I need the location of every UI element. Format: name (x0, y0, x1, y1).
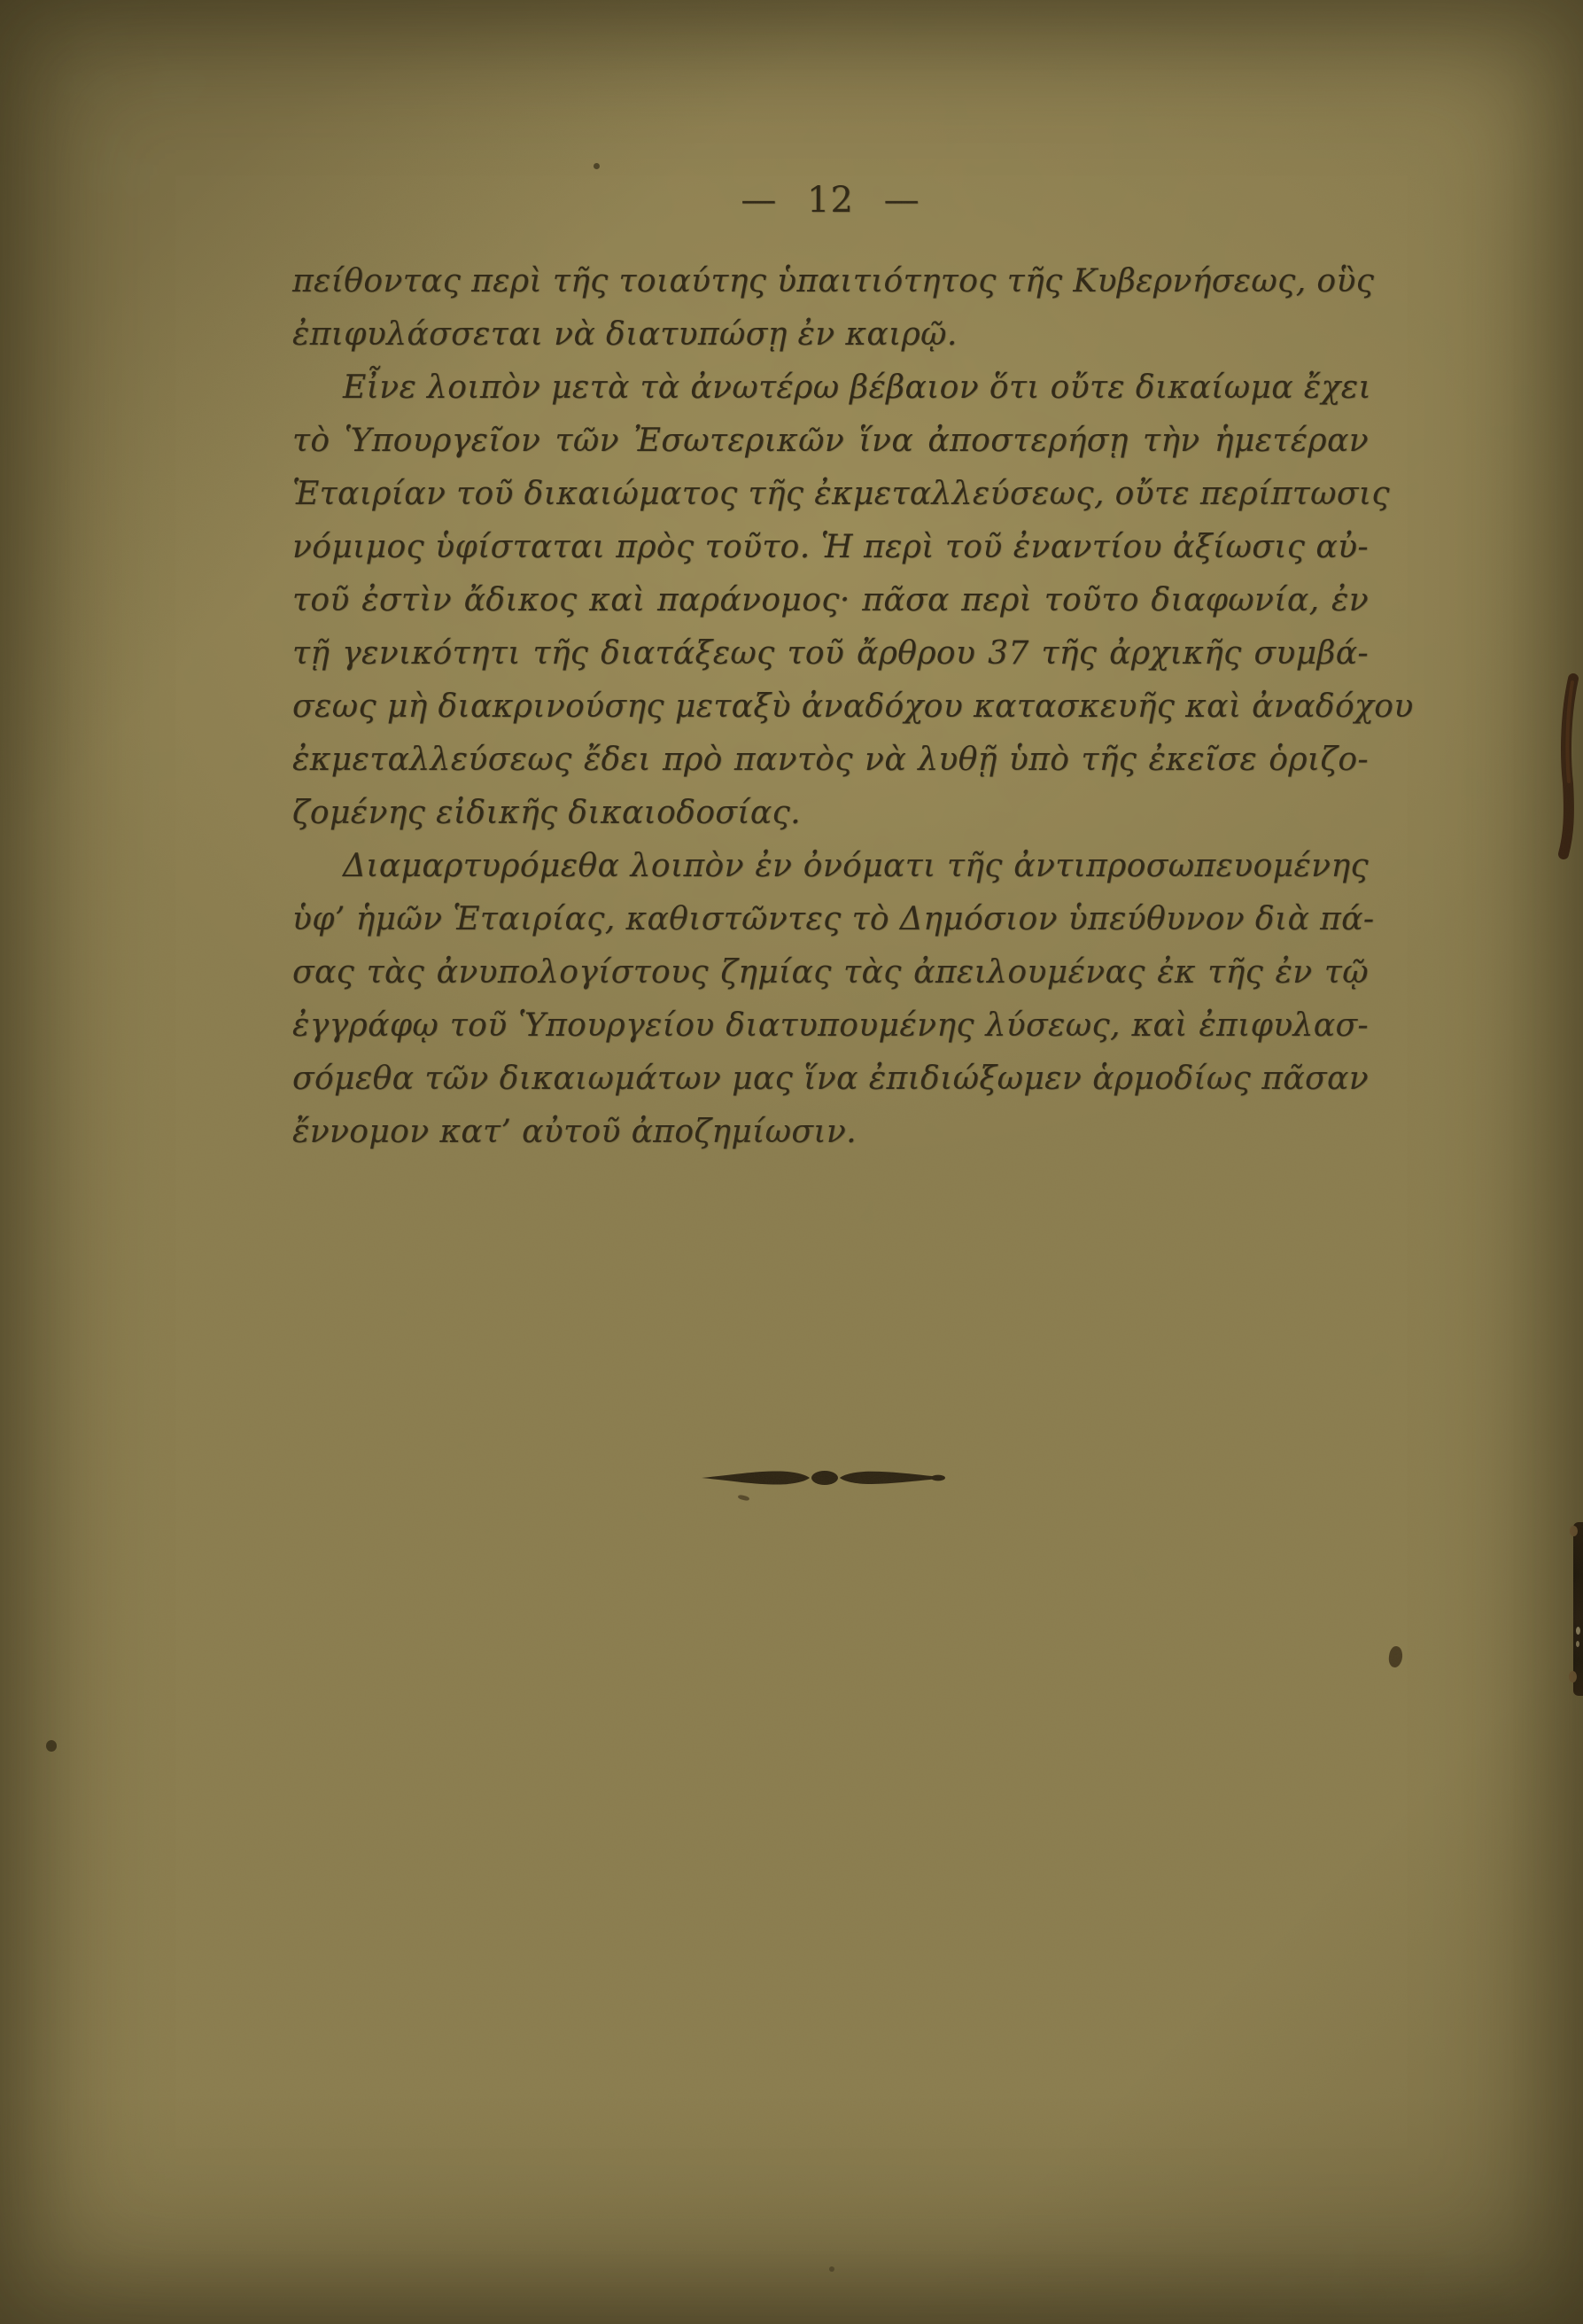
page-number: — 12 — (292, 174, 1369, 227)
text-line: σόμεθα τῶν δικαιωμάτων μας ἵνα ἐπιδιώξωμ… (292, 1053, 1369, 1106)
text-line: ἔννομον κατ’ αὐτοῦ ἀποζημίωσιν. (292, 1106, 1369, 1159)
text-line: σεως μὴ διακρινούσης μεταξὺ ἀναδόχου κατ… (292, 680, 1369, 734)
text-line: τὸ Ὑπουργεῖον τῶν Ἐσωτερικῶν ἵνα ἀποστερ… (292, 415, 1369, 468)
binding-edge-highlight (1569, 1671, 1577, 1683)
binding-edge-fleck (1576, 1641, 1579, 1647)
text-block: πείθοντας περὶ τῆς τοιαύτης ὑπαιτιότητος… (292, 255, 1369, 1159)
text-line: ὑφ’ ἡμῶν Ἑταιρίας, καθιστῶντες τὸ Δημόσι… (292, 893, 1369, 946)
binding-edge-mark (1573, 1522, 1583, 1696)
text-line: σας τὰς ἀνυπολογίστους ζημίας τὰς ἀπειλο… (292, 946, 1369, 999)
section-divider-icon (700, 1464, 946, 1492)
ink-speck (594, 163, 600, 169)
text-line: Διαμαρτυρόμεθα λοιπὸν ἐν ὀνόματι τῆς ἀντ… (292, 840, 1369, 893)
binding-edge-highlight (1570, 1526, 1578, 1536)
text-line: πείθοντας περὶ τῆς τοιαύτης ὑπαιτιότητος… (292, 255, 1369, 308)
ink-speck (829, 2266, 834, 2272)
text-line: ἐγγράφῳ τοῦ Ὑπουργείου διατυπουμένης λύσ… (292, 999, 1369, 1053)
text-line: Εἶνε λοιπὸν μετὰ τὰ ἀνωτέρω βέβαιον ὅτι … (292, 361, 1369, 415)
binding-thread-mark (1552, 673, 1582, 859)
scanned-document-page: — 12 — πείθοντας περὶ τῆς τοιαύτης ὑπαιτ… (0, 0, 1583, 2324)
text-line: ζομένης εἰδικῆς δικαιοδοσίας. (292, 787, 1369, 840)
text-line: ἐκμεταλλεύσεως ἔδει πρὸ παντὸς νὰ λυθῇ ὑ… (292, 734, 1369, 787)
ink-speck (738, 1495, 750, 1502)
text-line: τῇ γενικότητι τῆς διατάξεως τοῦ ἄρθρου 3… (292, 627, 1369, 680)
text-line: Ἑταιρίαν τοῦ δικαιώματος τῆς ἐκμεταλλεύσ… (292, 468, 1369, 521)
text-line: ἐπιφυλάσσεται νὰ διατυπώσῃ ἐν καιρῷ. (292, 308, 1369, 361)
binding-edge-fleck (1576, 1627, 1580, 1635)
text-line: τοῦ ἐστὶν ἄδικος καὶ παράνομος· πᾶσα περ… (292, 574, 1369, 627)
text-line: νόμιμος ὑφίσταται πρὸς τοῦτο. Ἡ περὶ τοῦ… (292, 521, 1369, 574)
ink-spot (1387, 1645, 1404, 1668)
ink-spot (46, 1740, 57, 1752)
